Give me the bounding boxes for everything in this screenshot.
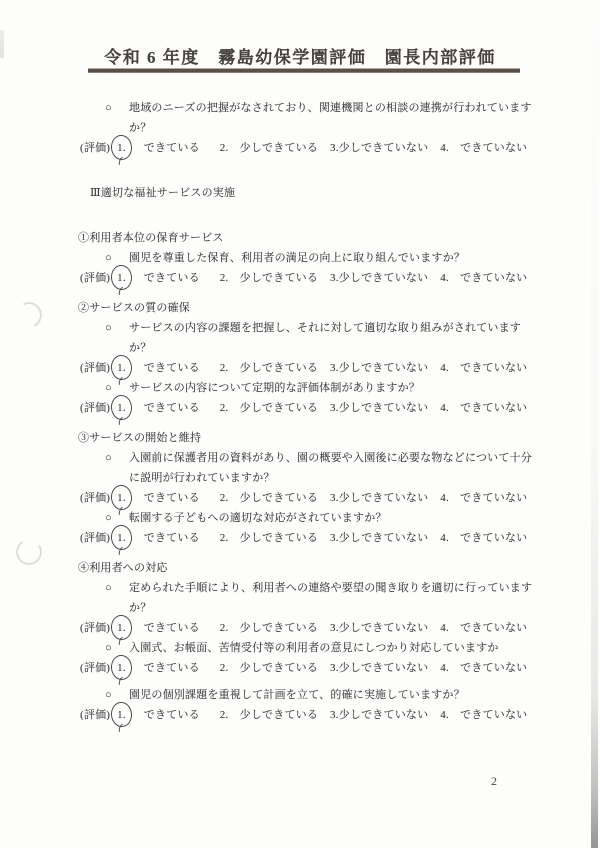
rating-option-label: できている — [144, 402, 200, 414]
subsection-heading: ②サービスの質の確保 — [78, 298, 564, 318]
page-number: 2 — [491, 774, 497, 789]
rating-option-label: 2. 少しできている — [220, 272, 318, 284]
question-text: 地域のニーズの把握がなされており、関連機関との相談の連携が行われています — [129, 98, 564, 118]
question-bullet-icon: ○ — [105, 578, 129, 598]
question-text-continuation: か？ — [78, 598, 564, 618]
rating-selected-value-circled: 1. — [113, 398, 130, 418]
rating-option-label: できている — [144, 142, 200, 154]
question-text: 定められた手順により、利用者への連絡や要望の聞き取りを適切に行っています — [129, 578, 564, 598]
rating-option-label: 3.少しできていない — [330, 272, 428, 284]
punch-hole-top — [13, 299, 46, 332]
question-text: サービスの内容の課題を把握し、それに対して適切な取り組みがされています — [129, 318, 564, 338]
rating-selected-value-circled: 1. — [113, 618, 130, 638]
rating-prefix-label: (評価) — [80, 272, 110, 284]
question-row: ○入園式、お帳面、苦情受付等の利用者の意見にしつかり対応していますか — [78, 638, 564, 658]
rating-option-label: 3.少しできていない — [330, 362, 428, 374]
rating-option-label: できている — [144, 362, 200, 374]
title-underline-rule — [88, 68, 520, 73]
rating-option-label: 4. できていない — [440, 492, 527, 504]
rating-option-label: 4. できていない — [440, 662, 527, 674]
question-text: 園児の個別課題を重視して計画を立て、的確に実施していますか？ — [129, 685, 564, 705]
rating-option-label: 4. できていない — [440, 532, 527, 544]
question-row: ○園児を尊重した保育、利用者の満足の向上に取り組んでいますか？ — [78, 248, 564, 268]
rating-option-label: 4. できていない — [440, 362, 527, 374]
subsection-heading: ①利用者本位の保育サービス — [78, 228, 564, 248]
rating-option-label: できている — [144, 532, 200, 544]
question-text: 転園する子どもへの適切な対応がされていますか？ — [129, 508, 564, 528]
rating-prefix-label: (評価) — [80, 622, 110, 634]
rating-selected-value-circled: 1. — [113, 528, 130, 548]
rating-option-label: 3.少しできていない — [330, 142, 428, 154]
question-text: 入園式、お帳面、苦情受付等の利用者の意見にしつかり対応していますか — [129, 638, 564, 658]
question-row: ○サービスの内容について定期的な評価体制がありますか？ — [78, 378, 564, 398]
subsection-heading: ④利用者への対応 — [78, 558, 564, 578]
rating-row: (評価)1.できている2. 少しできている3.少しできていない4. できていない — [78, 398, 564, 418]
question-text: 園児を尊重した保育、利用者の満足の向上に取り組んでいますか？ — [129, 248, 564, 268]
rating-option-label: 2. 少しできている — [220, 532, 318, 544]
rating-option-label: できている — [144, 622, 200, 634]
rating-row: (評価)1.できている2. 少しできている3.少しできていない4. できていない — [78, 358, 564, 378]
scan-shadow-right-edge — [591, 0, 598, 848]
rating-option-label: 3.少しできていない — [330, 709, 428, 721]
rating-option-label: 2. 少しできている — [220, 142, 318, 154]
subsection-heading: ③サービスの開始と維持 — [78, 428, 564, 448]
question-bullet-icon: ○ — [105, 318, 129, 338]
question-text-continuation: か？ — [78, 118, 564, 138]
rating-row: (評価)1.できている2. 少しできている3.少しできていない4. できていない — [78, 528, 564, 548]
rating-row: (評価)1.できている2. 少しできている3.少しできていない4. できていない — [78, 138, 564, 158]
rating-selected-value-circled: 1. — [113, 705, 130, 725]
rating-row: (評価)1.できている2. 少しできている3.少しできていない4. できていない — [78, 658, 564, 678]
rating-prefix-label: (評価) — [80, 362, 110, 374]
rating-selected-value-circled: 1. — [113, 488, 130, 508]
rating-prefix-label: (評価) — [80, 662, 110, 674]
rating-option-label: 4. できていない — [440, 142, 527, 154]
page-title: 令和 6 年度 霧島幼保学園評価 園長内部評価 — [0, 43, 600, 68]
rating-row: (評価)1.できている2. 少しできている3.少しできていない4. できていない — [78, 268, 564, 288]
rating-option-label: 3.少しできていない — [330, 402, 428, 414]
question-text-continuation: か？ — [78, 338, 564, 358]
rating-selected-value-circled: 1. — [113, 138, 130, 158]
question-row: ○サービスの内容の課題を把握し、それに対して適切な取り組みがされています — [78, 318, 564, 338]
scanned-page: 令和 6 年度 霧島幼保学園評価 園長内部評価 ○地域のニーズの把握がなされてお… — [0, 0, 600, 848]
rating-option-label: 2. 少しできている — [220, 362, 318, 374]
rating-option-label: できている — [144, 662, 200, 674]
question-row: ○転園する子どもへの適切な対応がされていますか？ — [78, 508, 564, 528]
rating-option-label: 3.少しできていない — [330, 662, 428, 674]
rating-row: (評価)1.できている2. 少しできている3.少しできていない4. できていない — [78, 488, 564, 508]
rating-option-label: 2. 少しできている — [220, 709, 318, 721]
rating-option-label: 4. できていない — [440, 709, 527, 721]
document-body: ○地域のニーズの把握がなされており、関連機関との相談の連携が行われていますか？(… — [78, 98, 564, 725]
rating-row: (評価)1.できている2. 少しできている3.少しできていない4. できていない — [78, 705, 564, 725]
rating-prefix-label: (評価) — [80, 402, 110, 414]
question-row: ○入園前に保護者用の資料があり、園の概要や入園後に必要な物などについて十分 — [78, 448, 564, 468]
rating-option-label: 3.少しできていない — [330, 622, 428, 634]
question-text: 入園前に保護者用の資料があり、園の概要や入園後に必要な物などについて十分 — [129, 448, 564, 468]
rating-selected-value-circled: 1. — [113, 658, 130, 678]
rating-selected-value-circled: 1. — [113, 358, 130, 378]
rating-option-label: 2. 少しできている — [220, 622, 318, 634]
rating-row: (評価)1.できている2. 少しできている3.少しできていない4. できていない — [78, 618, 564, 638]
rating-option-label: 4. できていない — [440, 622, 527, 634]
question-row: ○地域のニーズの把握がなされており、関連機関との相談の連携が行われています — [78, 98, 564, 118]
rating-selected-value-circled: 1. — [113, 268, 130, 288]
rating-prefix-label: (評価) — [80, 492, 110, 504]
rating-option-label: 4. できていない — [440, 272, 527, 284]
rating-prefix-label: (評価) — [80, 532, 110, 544]
rating-option-label: 3.少しできていない — [330, 532, 428, 544]
rating-option-label: 2. 少しできている — [220, 402, 318, 414]
question-row: ○園児の個別課題を重視して計画を立て、的確に実施していますか？ — [78, 685, 564, 705]
rating-option-label: できている — [144, 272, 200, 284]
rating-prefix-label: (評価) — [80, 709, 110, 721]
rating-option-label: 3.少しできていない — [330, 492, 428, 504]
question-bullet-icon: ○ — [105, 98, 129, 118]
question-text-continuation: に説明が行われていますか？ — [78, 468, 564, 488]
rating-prefix-label: (評価) — [80, 142, 110, 154]
rating-option-label: 2. 少しできている — [220, 492, 318, 504]
question-bullet-icon: ○ — [105, 448, 129, 468]
question-row: ○定められた手順により、利用者への連絡や要望の聞き取りを適切に行っています — [78, 578, 564, 598]
punch-hole-bottom — [14, 537, 45, 568]
rating-option-label: 2. 少しできている — [220, 662, 318, 674]
rating-option-label: 4. できていない — [440, 402, 527, 414]
rating-option-label: できている — [144, 709, 200, 721]
question-text: サービスの内容について定期的な評価体制がありますか？ — [129, 378, 564, 398]
section-heading: Ⅲ適切な福祉サービスの実施 — [90, 183, 564, 203]
rating-option-label: できている — [144, 492, 200, 504]
